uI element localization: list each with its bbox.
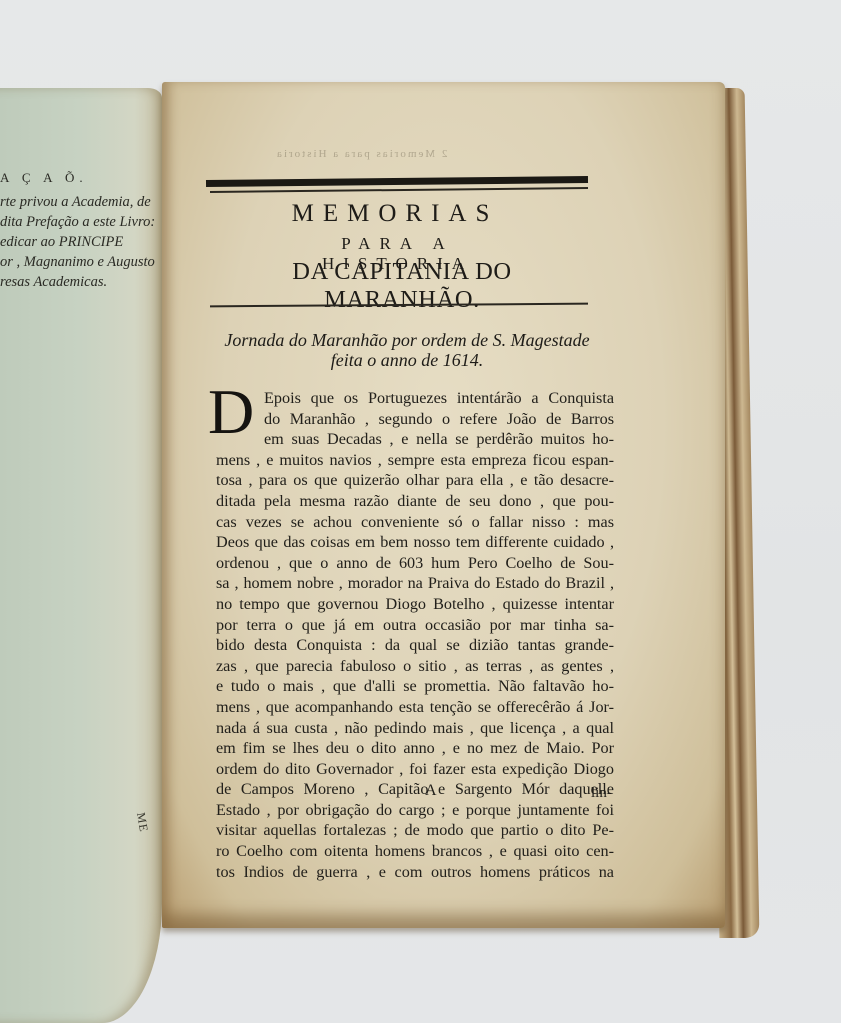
body-line: Estado , por obrigação do cargo ; e porq… [216,800,614,821]
left-page-heading: A Ç A Õ. [0,168,160,188]
body-line: Deos que das coisas em bem nosso tem dif… [216,532,614,553]
signature-mark: A [425,782,437,800]
body-line: ordem do dito Governador , foi fazer est… [216,759,614,780]
left-page-line: dita Prefação a este Livro: [0,212,160,232]
subtitle: Jornada do Maranhão por ordem de S. Mage… [212,330,602,370]
left-page-line: or , Magnanimo e Augusto [0,252,160,272]
body-line: nada á sua custa , não pedindo mais , qu… [216,718,614,739]
body-line: mens , e muitos navios , sempre esta emp… [216,450,614,471]
left-page-line: rte privou a Academia, de [0,192,160,212]
body-line: ro Coelho com oitenta homens brancos , e… [216,841,614,862]
body-line: visitar aquellas fortalezas ; de modo qu… [216,820,614,841]
body-line: em fim se lhes deu o dito anno , e no me… [216,738,614,759]
body-line: zas , que parecia fabuloso o sitio , as … [216,656,614,677]
title-memorias: MEMORIAS [255,200,535,228]
left-page-line: edicar ao PRINCIPE [0,232,160,252]
body-line: Epois que os Portuguezes intentárão a Co… [216,388,614,409]
bleed-through-header: 2 Memorias para a Historia [275,148,447,160]
left-page-text: A Ç A Õ. rte privou a Academia, de dita … [0,168,160,292]
body-line: no tempo que governou Diogo Botelho , qu… [216,594,614,615]
body-text: Epois que os Portuguezes intentárão a Co… [216,388,614,882]
body-line: de Campos Moreno , Capitão e Sargento Mó… [216,779,614,800]
left-page-catchword: ME [133,811,151,833]
catchword: lin- [591,785,612,802]
body-line: e tudo o mais , que d'alli se promettia.… [216,676,614,697]
body-line: ditada pela mesma razão diante de seu do… [216,491,614,512]
body-line: ordenou , que o anno de 603 hum Pero Coe… [216,553,614,574]
left-page-line: resas Academicas. [0,272,160,292]
body-line: tos Indios de guerra , e com outros home… [216,862,614,883]
body-line: cas vezes se achou conveniente só o fall… [216,512,614,533]
body-line: tosa , para os que quizerão olhar para e… [216,470,614,491]
body-line: sa , homem nobre , morador na Praiva do … [216,573,614,594]
body-line: do Maranhão , segundo o refere João de B… [216,409,614,430]
body-line: bido desta Conquista : da qual se dizião… [216,635,614,656]
subtitle-line: feita o anno de 1614. [212,350,602,370]
body-line: mens , que acompanhando esta tenção se o… [216,697,614,718]
body-line: por terra o que já em outra occasião por… [216,615,614,636]
subtitle-line: Jornada do Maranhão por ordem de S. Mage… [212,330,602,350]
body-line: em suas Decadas , e nella se perdêrão mu… [216,429,614,450]
